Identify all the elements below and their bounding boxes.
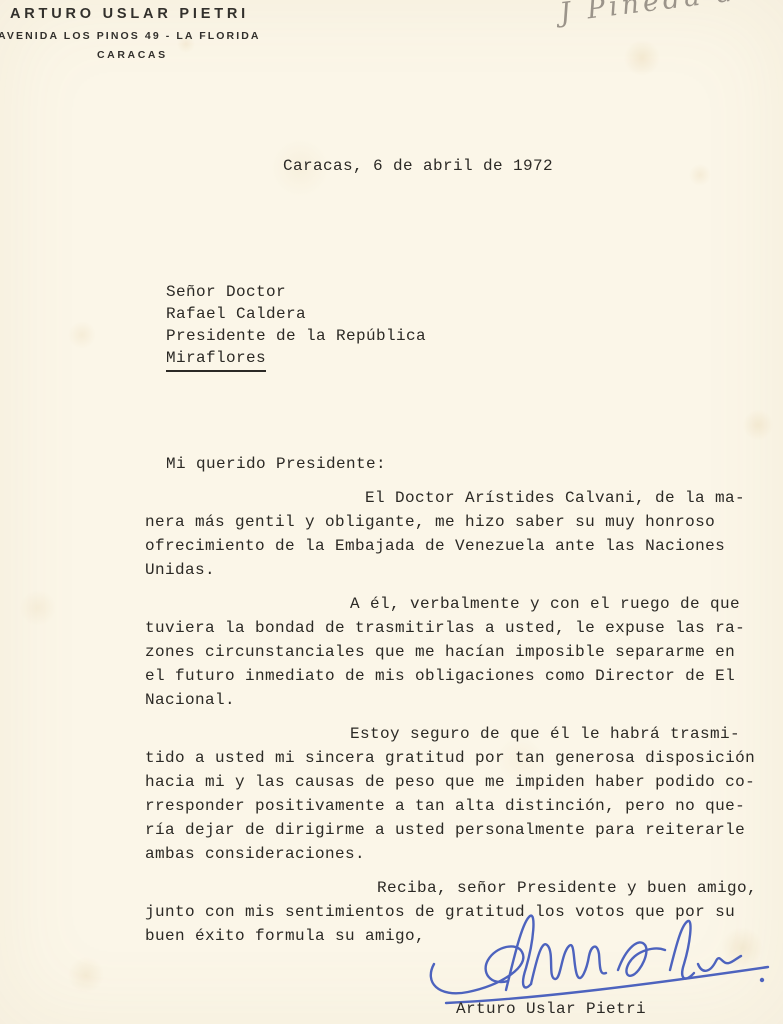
letter-page: ARTURO USLAR PIETRI AVENIDA LOS PINOS 49… — [0, 0, 783, 1024]
body-line: Estoy seguro de que él le habrá trasmi- — [145, 722, 783, 746]
letterhead-address: AVENIDA LOS PINOS 49 - LA FLORIDA — [0, 30, 261, 42]
paragraph: Estoy seguro de que él le habrá trasmi- … — [145, 722, 783, 866]
body-line: Nacional. — [145, 688, 783, 712]
date-line: Caracas, 6 de abril de 1972 — [283, 157, 553, 175]
typed-signature-name: Arturo Uslar Pietri — [456, 1000, 646, 1018]
handwritten-pencil-note: J Pineda de C — [558, 0, 783, 29]
signature-scrawl — [418, 906, 778, 1010]
recipient-line: Rafael Caldera — [166, 303, 426, 325]
body-line: nera más gentil y obligante, me hizo sab… — [145, 510, 783, 534]
body-line: ambas consideraciones. — [145, 842, 783, 866]
recipient-block: Señor Doctor Rafael Caldera Presidente d… — [166, 281, 426, 372]
salutation: Mi querido Presidente: — [145, 452, 783, 476]
recipient-line: Presidente de la República — [166, 325, 426, 347]
letterhead-city: CARACAS — [97, 49, 168, 61]
body-line: Reciba, señor Presidente y buen amigo, — [145, 876, 783, 900]
recipient-line: Señor Doctor — [166, 281, 426, 303]
body-line: El Doctor Arístides Calvani, de la ma- — [145, 486, 783, 510]
letter-body: Mi querido Presidente: El Doctor Arístid… — [145, 452, 783, 958]
body-line: ofrecimiento de la Embajada de Venezuela… — [145, 534, 783, 558]
body-line: A él, verbalmente y con el ruego de que — [145, 592, 783, 616]
body-line: tuviera la bondad de trasmitirlas a uste… — [145, 616, 783, 640]
body-line: rresponder positivamente a tan alta dist… — [145, 794, 783, 818]
body-line: tido a usted mi sincera gratitud por tan… — [145, 746, 783, 770]
body-line: ría dejar de dirigirme a usted personalm… — [145, 818, 783, 842]
body-line: Unidas. — [145, 558, 783, 582]
letterhead-name: ARTURO USLAR PIETRI — [10, 6, 249, 22]
paragraph: A él, verbalmente y con el ruego de que … — [145, 592, 783, 712]
body-line: zones circunstanciales que me hacían imp… — [145, 640, 783, 664]
paragraph: El Doctor Arístides Calvani, de la ma- n… — [145, 486, 783, 582]
recipient-place-underlined: Miraflores — [166, 347, 266, 372]
body-line: el futuro inmediato de mis obligaciones … — [145, 664, 783, 688]
body-line: hacia mi y las causas de peso que me imp… — [145, 770, 783, 794]
